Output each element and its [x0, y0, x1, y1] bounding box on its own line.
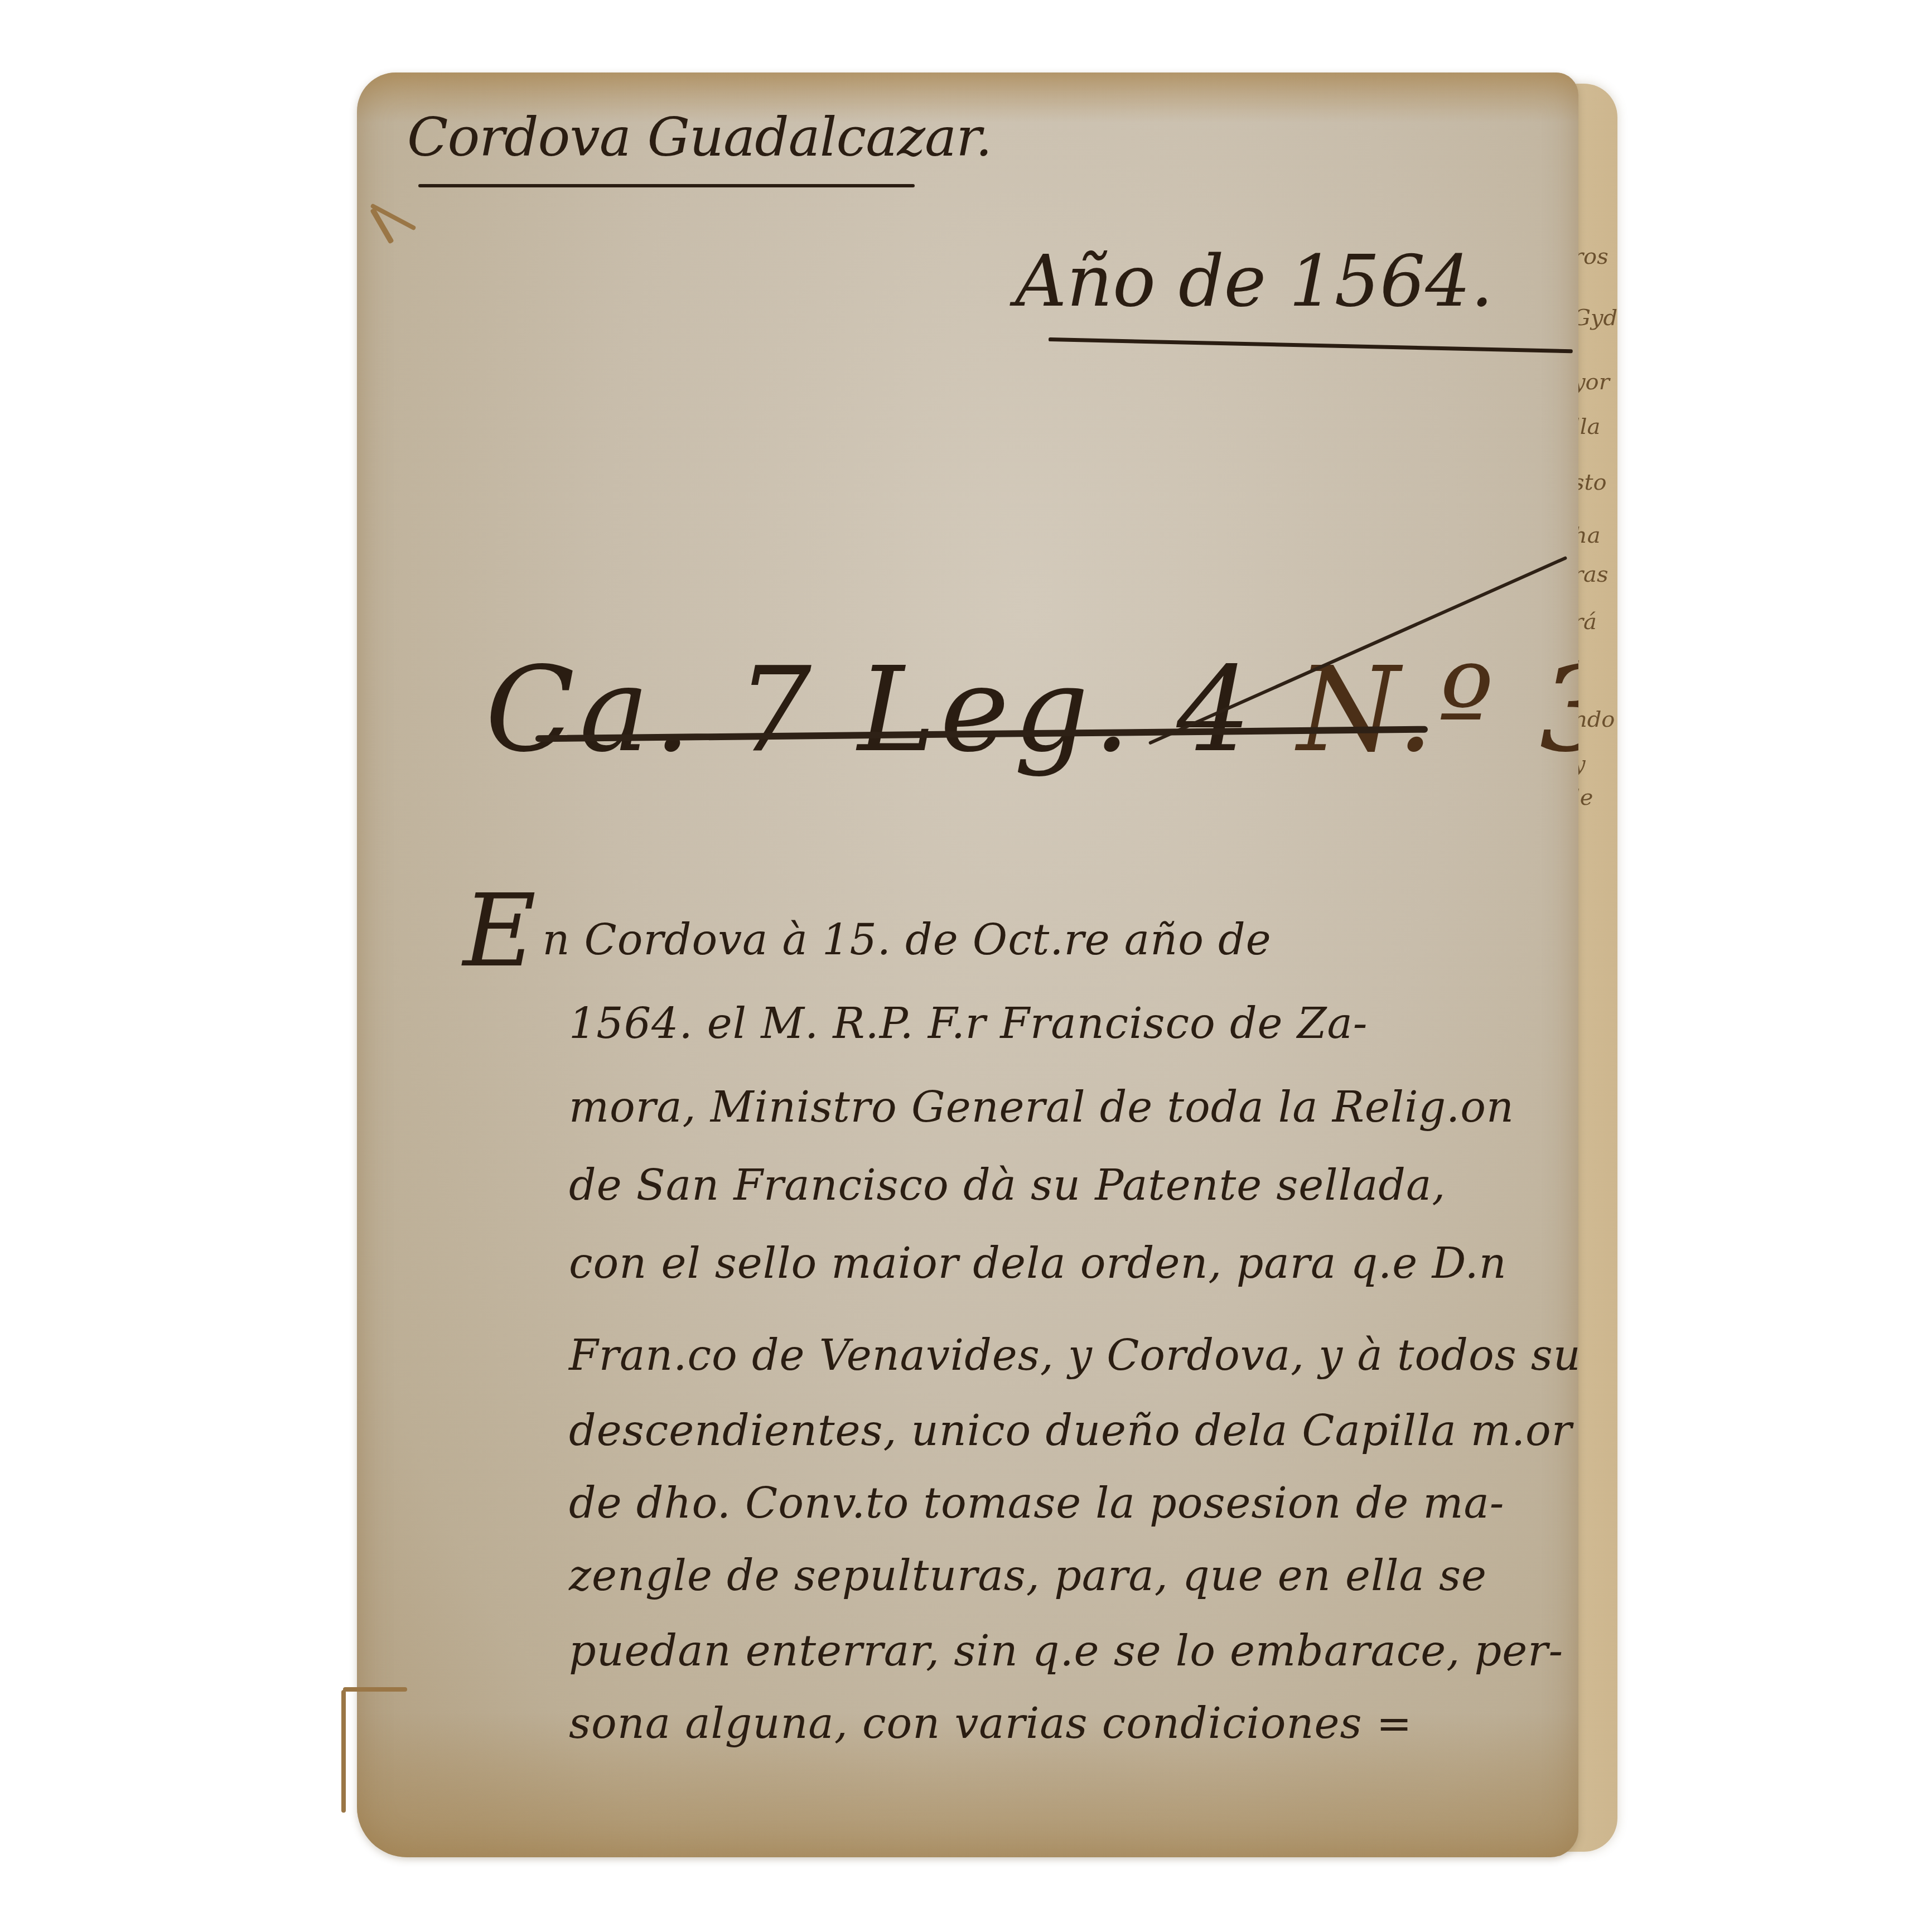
underlying-page-margin-text: ros Gyd yor lla sto ha ras rá l ndo y le — [1573, 245, 1617, 915]
year-heading: Año de 1564. — [1015, 240, 1493, 323]
body-line: Fran.co de Venavides, y Cordova, y à tod… — [569, 1330, 1578, 1380]
body-line: de dho. Conv.to tomase la posesion de ma… — [569, 1478, 1505, 1528]
body-line: mora, Ministro General de toda la Relig.… — [569, 1082, 1514, 1132]
body-line: de San Francisco dà su Patente sellada, — [569, 1160, 1446, 1210]
archive-reference: Ca. 7 Leg. 4 N.º 31 — [485, 641, 1578, 778]
archive-reference-number: N.º 31 — [1297, 641, 1578, 778]
body-line: con el sello maior dela orden, para q.e … — [569, 1238, 1507, 1288]
dropcap: E — [463, 873, 537, 989]
year-underline — [1049, 337, 1573, 353]
archive-reference-prefix: Ca. 7 Leg. 4 — [485, 641, 1255, 778]
margin-fragment: ndo — [1573, 708, 1615, 731]
body-line: puedan enterrar, sin q.e se lo embarace,… — [569, 1626, 1563, 1675]
body-line: sona alguna, con varias condiciones = — [569, 1698, 1412, 1748]
manuscript-page: Cordova Guadalcazar. Año de 1564. Ca. 7 … — [357, 73, 1578, 1857]
binding-thread — [343, 1687, 407, 1692]
binding-thread — [341, 1690, 346, 1813]
place-underline — [418, 184, 915, 187]
body-line: descendientes, unico dueño dela Capilla … — [569, 1405, 1572, 1455]
body-line: En Cordova à 15. de Oct.re año de — [463, 915, 1272, 964]
photo-stage: ros Gyd yor lla sto ha ras rá l ndo y le… — [0, 0, 1932, 1932]
margin-fragment: Gyd — [1573, 307, 1617, 329]
body-line: zengle de sepulturas, para, que en ella … — [569, 1551, 1487, 1600]
place-heading: Cordova Guadalcazar. — [407, 106, 992, 168]
body-line: 1564. el M. R.P. F.r Francisco de Za- — [569, 998, 1368, 1048]
body-line-text: n Cordova à 15. de Oct.re año de — [542, 915, 1271, 964]
